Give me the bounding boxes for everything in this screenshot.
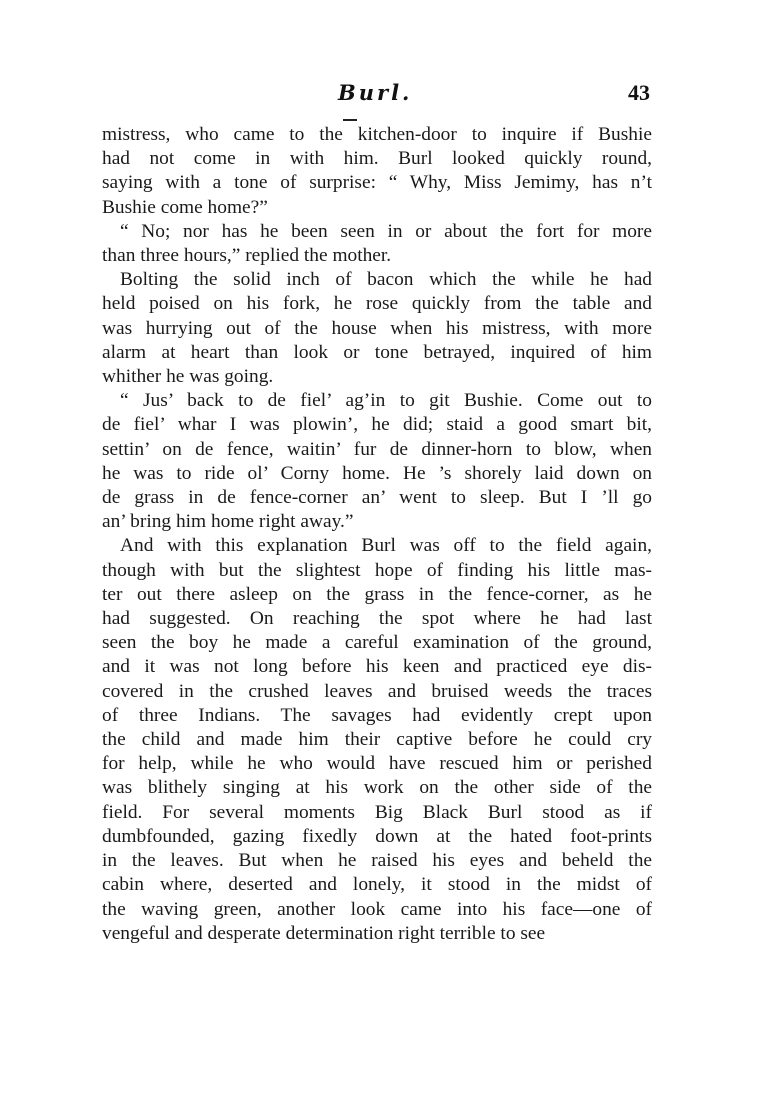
header-rule: [343, 119, 357, 121]
text-line: Bolting the solid inch of bacon which th…: [102, 268, 652, 292]
text-line: and it was not long before his keen and …: [102, 655, 652, 679]
text-line: of three Indians. The savages had eviden…: [102, 704, 652, 728]
text-line: mistress, who came to the kitchen-door t…: [102, 123, 652, 147]
text-line: seen the boy he made a careful examinati…: [102, 631, 652, 655]
text-line: cabin where, deserted and lonely, it sto…: [102, 873, 652, 897]
text-line: “ Jus’ back to de fiel’ ag’in to git Bus…: [102, 389, 652, 413]
text-line: was hurrying out of the house when his m…: [102, 317, 652, 341]
text-line: the child and made him their captive bef…: [102, 728, 652, 752]
text-line: though with but the slightest hope of fi…: [102, 559, 652, 583]
text-line: settin’ on de fence, waitin’ fur de dinn…: [102, 438, 652, 462]
text-line: de grass in de fence-corner an’ went to …: [102, 486, 652, 510]
text-line: whither he was going.: [102, 365, 652, 389]
text-line: field. For several moments Big Black Bur…: [102, 801, 652, 825]
text-line: an’ bring him home right away.”: [102, 510, 652, 534]
page-header: Burl. 43: [102, 80, 650, 110]
text-line: de fiel’ whar I was plowin’, he did; sta…: [102, 413, 652, 437]
text-line: held poised on his fork, he rose quickly…: [102, 292, 652, 316]
text-line: ter out there asleep on the grass in the…: [102, 583, 652, 607]
text-line: covered in the crushed leaves and bruise…: [102, 680, 652, 704]
running-title: Burl.: [338, 80, 412, 105]
text-line: than three hours,” replied the mother.: [102, 244, 652, 268]
text-line: the waving green, another look came into…: [102, 898, 652, 922]
text-line: for help, while he who would have rescue…: [102, 752, 652, 776]
text-line: vengeful and desperate determination rig…: [102, 922, 652, 946]
text-line: “ No; nor has he been seen in or about t…: [102, 220, 652, 244]
text-line: had suggested. On reaching the spot wher…: [102, 607, 652, 631]
book-page: Burl. 43 mistress, who came to the kitch…: [0, 0, 760, 1100]
text-line: had not come in with him. Burl looked qu…: [102, 147, 652, 171]
page-number: 43: [628, 80, 650, 106]
text-line: in the leaves. But when he raised his ey…: [102, 849, 652, 873]
text-line: was blithely singing at his work on the …: [102, 776, 652, 800]
text-line: saying with a tone of surprise: “ Why, M…: [102, 171, 652, 195]
body-text: mistress, who came to the kitchen-door t…: [102, 123, 652, 946]
text-line: And with this explanation Burl was off t…: [102, 534, 652, 558]
text-line: he was to ride ol’ Corny home. He ’s sho…: [102, 462, 652, 486]
text-line: dumbfounded, gazing fixedly down at the …: [102, 825, 652, 849]
text-line: Bushie come home?”: [102, 196, 652, 220]
text-line: alarm at heart than look or tone betraye…: [102, 341, 652, 365]
